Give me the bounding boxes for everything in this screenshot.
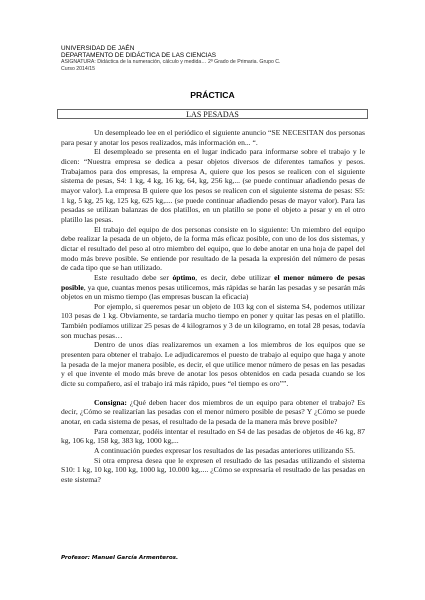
paragraph-team-work: El trabajo del equipo de dos personas co… (61, 225, 365, 273)
paragraph-s5: A continuación puedes expresar los resul… (61, 446, 365, 456)
text-segment: , es decir, debe utilizar (195, 273, 274, 282)
paragraph-start-s4: Para comenzar, podéis intentar el result… (61, 427, 365, 446)
department-name: DEPARTAMENTO DE DIDÁCTICA DE LAS CIENCIA… (61, 52, 280, 59)
text-segment: , ya que, cuantas menos pesas utilicemos… (61, 283, 365, 302)
text-segment: Este resultado debe ser (94, 273, 173, 282)
paragraph-consigna: Consigna: ¿Qué deben hacer dos miembros … (61, 398, 365, 427)
paragraph-s10: Si otra empresa desea que le expresen el… (61, 456, 365, 485)
paragraph-optimal: Este resultado debe ser óptimo, es decir… (61, 273, 365, 302)
document-body: Un desempleado lee en el periódico el si… (61, 128, 365, 485)
page-title: PRÁCTICA (0, 90, 425, 100)
university-name: UNIVERSIDAD DE JAÉN (61, 45, 280, 52)
professor-signature: Profesor: Manuel García Armenteros. (61, 555, 178, 561)
paragraph-systems: El desempleado se presenta en el lugar i… (61, 147, 365, 224)
paragraph-exam: Dentro de unos días realizaremos un exam… (61, 340, 365, 388)
section-banner: LAS PESADAS (57, 109, 368, 119)
paragraph-intro: Un desempleado lee en el periódico el si… (61, 128, 365, 147)
subject-line: ASIGNATURA: Didáctica de la numeración, … (61, 59, 280, 66)
document-page: UNIVERSIDAD DE JAÉN DEPARTAMENTO DE DIDÁ… (0, 0, 425, 600)
paragraph-example: Por ejemplo, si queremos pesar un objeto… (61, 302, 365, 341)
document-header: UNIVERSIDAD DE JAÉN DEPARTAMENTO DE DIDÁ… (61, 45, 280, 72)
emphasis-optimo: óptimo (173, 273, 196, 282)
consigna-label: Consigna: (94, 398, 127, 407)
course-year: Curso 2014/15 (61, 66, 280, 73)
